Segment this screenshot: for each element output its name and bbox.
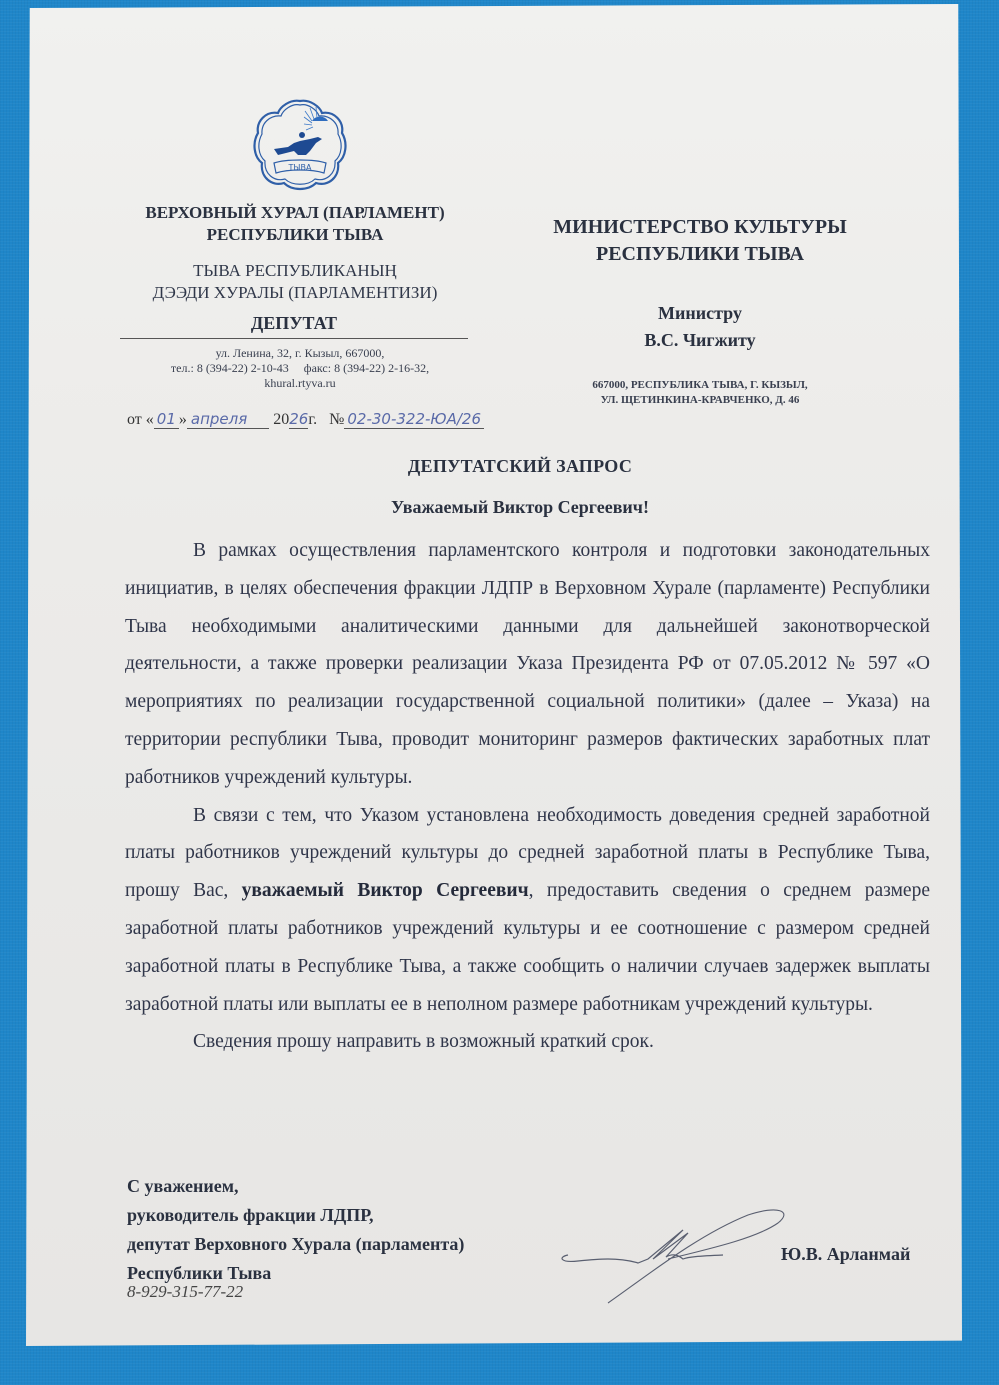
ref-mid: »: [179, 411, 187, 428]
sender-phone-fax: тел.: 8 (394-22) 2-10-43 факс: 8 (394-22…: [120, 361, 480, 376]
ministry-line2: РЕСПУБЛИКИ ТЫВА: [520, 241, 880, 268]
ref-year-prefix: 20: [269, 411, 289, 428]
addressee-line2: В.С. Чигжиту: [520, 327, 880, 354]
ref-year: 26: [289, 410, 308, 429]
ref-number: 02-30-322-ЮА/26: [344, 410, 484, 429]
signer-position-line1: руководитель фракции ЛДПР,: [127, 1201, 464, 1230]
parliament-name-line1: ВЕРХОВНЫЙ ХУРАЛ (ПАРЛАМЕНТ): [100, 202, 490, 224]
addressee-line1: Министру: [520, 300, 880, 327]
recipient-addressee: Министру В.С. Чигжиту: [520, 300, 880, 354]
handwritten-signature-icon: [548, 1195, 798, 1310]
deputy-role: ДЕПУТАТ: [120, 313, 468, 339]
ministry-line1: МИНИСТЕРСТВО КУЛЬТУРЫ: [520, 214, 880, 241]
parliament-tuvan-line1: ТЫВА РЕСПУБЛИКАНЫҢ: [100, 260, 490, 282]
document-body: В рамках осуществления парламентского ко…: [125, 532, 930, 1061]
parliament-tuvan-line2: ДЭЭДИ ХУРАЛЫ (ПАРЛАМЕНТИЗИ): [100, 282, 490, 304]
addressee-emphasis: уважаемый Виктор Сергеевич: [242, 880, 529, 901]
reference-line: от «01»апреля 2026г. №02-30-322-ЮА/26: [127, 410, 484, 429]
signer-name: Ю.В. Арланмай: [781, 1244, 910, 1265]
signature-block: С уважением, руководитель фракции ЛДПР, …: [127, 1172, 464, 1288]
ref-day: 01: [154, 410, 179, 429]
paragraph-3: Сведения прошу направить в возможный кра…: [125, 1023, 930, 1061]
signer-phone: 8-929-315-77-22: [127, 1282, 243, 1302]
ref-prefix: от «: [127, 411, 154, 428]
ref-month: апреля: [187, 410, 269, 429]
recipient-address-line1: 667000, РЕСПУБЛИКА ТЫВА, Г. КЫЗЫЛ,: [520, 378, 880, 393]
sender-website: khural.rtyva.ru: [120, 376, 480, 391]
recipient-address-line2: УЛ. ЩЕТИНКИНА-КРАВЧЕНКО, Д. 46: [520, 393, 880, 408]
parliament-name-tuvan: ТЫВА РЕСПУБЛИКАНЫҢ ДЭЭДИ ХУРАЛЫ (ПАРЛАМЕ…: [100, 260, 490, 304]
ref-number-label: №: [329, 411, 344, 428]
sender-contacts: ул. Ленина, 32, г. Кызыл, 667000, тел.: …: [120, 346, 480, 391]
parliament-name: ВЕРХОВНЫЙ ХУРАЛ (ПАРЛАМЕНТ) РЕСПУБЛИКИ Т…: [100, 202, 490, 246]
closing: С уважением,: [127, 1172, 464, 1201]
paragraph-2: В связи с тем, что Указом установлена не…: [125, 797, 930, 1024]
sender-address: ул. Ленина, 32, г. Кызыл, 667000,: [120, 346, 480, 361]
tuva-emblem-icon: ТЫВА: [250, 97, 350, 192]
svg-text:ТЫВА: ТЫВА: [288, 163, 312, 172]
recipient-ministry: МИНИСТЕРСТВО КУЛЬТУРЫ РЕСПУБЛИКИ ТЫВА: [520, 214, 880, 268]
salutation: Уважаемый Виктор Сергеевич!: [100, 497, 940, 518]
signer-position-line2: депутат Верховного Хурала (парламента): [127, 1230, 464, 1259]
document-title: ДЕПУТАТСКИЙ ЗАПРОС: [100, 456, 940, 477]
recipient-address: 667000, РЕСПУБЛИКА ТЫВА, Г. КЫЗЫЛ, УЛ. Щ…: [520, 378, 880, 408]
parliament-name-line2: РЕСПУБЛИКИ ТЫВА: [100, 224, 490, 246]
ref-year-suffix: г.: [308, 411, 317, 428]
paragraph-1: В рамках осуществления парламентского ко…: [125, 532, 930, 797]
